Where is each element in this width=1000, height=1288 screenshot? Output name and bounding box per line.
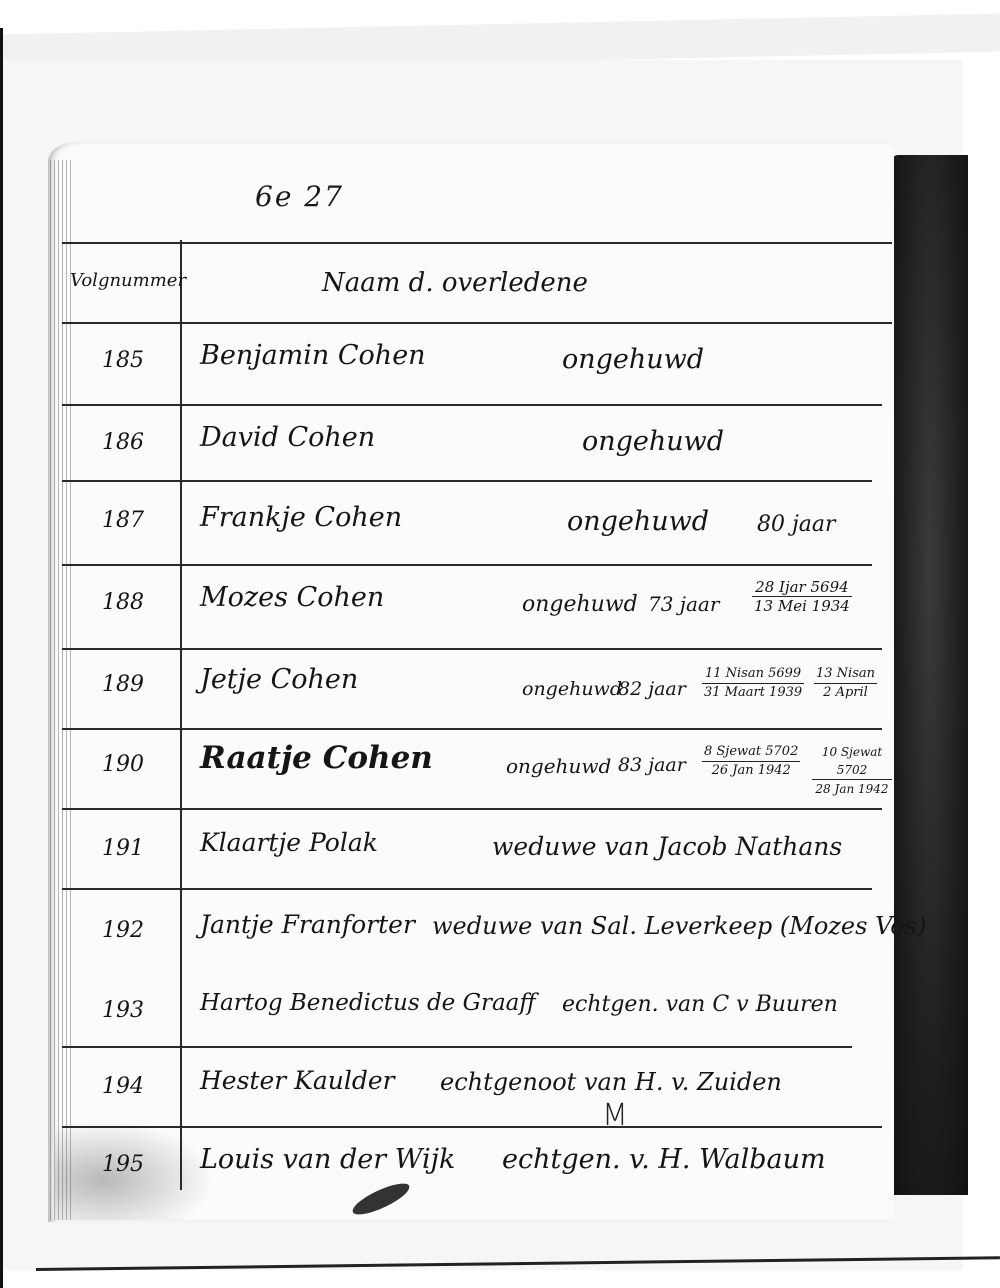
entry-name: Hartog Benedictus de Graaff bbox=[200, 990, 536, 1016]
scan-left-edge bbox=[0, 28, 3, 1288]
book-binding bbox=[892, 155, 968, 1195]
entry-number: 187 bbox=[102, 508, 144, 533]
entry-note: ongehuwd bbox=[522, 678, 622, 700]
entry-name: Jantje Franforter bbox=[200, 910, 415, 939]
number-column-header: Volgnummer bbox=[70, 270, 186, 291]
entry-death-date: 8 Sjewat 5702 26 Jan 1942 bbox=[702, 743, 800, 780]
rule bbox=[62, 322, 892, 324]
entry-note: weduwe van Jacob Nathans bbox=[492, 832, 842, 861]
rule bbox=[62, 564, 872, 566]
entry-number: 193 bbox=[102, 998, 144, 1023]
rule bbox=[62, 1126, 882, 1128]
entry-death-date: 28 Ijar 5694 13 Mei 1934 bbox=[752, 578, 852, 615]
entry-name: Louis van der Wijk bbox=[200, 1144, 455, 1175]
entry-note: echtgen. van C v Buuren bbox=[562, 992, 838, 1017]
rule bbox=[62, 242, 892, 244]
entry-number: 185 bbox=[102, 348, 144, 373]
entry-death-date: 11 Nisan 5699 31 Maart 1939 bbox=[702, 665, 804, 702]
entry-burial-date: 13 Nisan 2 April bbox=[814, 665, 877, 702]
civil-date: 2 April bbox=[814, 684, 877, 702]
entry-age: 80 jaar bbox=[757, 512, 836, 537]
page-mark: 6e 27 bbox=[255, 180, 344, 213]
hebrew-date: 10 Sjewat 5702 bbox=[812, 743, 892, 780]
entry-burial-date: 10 Sjewat 5702 28 Jan 1942 bbox=[812, 743, 892, 798]
page-frayed-edge bbox=[50, 160, 72, 1220]
entry-number: 194 bbox=[102, 1074, 144, 1099]
entry-note: weduwe van Sal. Leverkeep (Mozes Vos) bbox=[432, 912, 926, 940]
rule bbox=[62, 888, 872, 890]
rule bbox=[62, 404, 882, 406]
entry-note: ongehuwd bbox=[582, 426, 724, 457]
civil-date: 31 Maart 1939 bbox=[702, 684, 804, 702]
rule bbox=[62, 480, 872, 482]
rule bbox=[62, 808, 882, 810]
entry-age: 73 jaar bbox=[648, 592, 719, 616]
entry-note: echtgenoot van H. v. Zuiden bbox=[440, 1068, 782, 1096]
entry-note: ongehuwd bbox=[567, 506, 709, 537]
civil-date: 13 Mei 1934 bbox=[752, 597, 852, 615]
entry-note: echtgen. v. H. Walbaum bbox=[502, 1144, 826, 1175]
entry-name: Hester Kaulder bbox=[200, 1066, 395, 1095]
entry-note: ongehuwd bbox=[522, 592, 638, 617]
entry-age: 83 jaar bbox=[618, 754, 686, 776]
entry-number: 191 bbox=[102, 836, 144, 861]
name-column-header: Naam d. overledene bbox=[322, 268, 588, 298]
hebrew-date: 28 Ijar 5694 bbox=[752, 578, 852, 597]
entry-name: Benjamin Cohen bbox=[200, 340, 426, 371]
initial-mark: M bbox=[602, 1098, 628, 1133]
hebrew-date: 13 Nisan bbox=[814, 665, 877, 684]
hebrew-date: 8 Sjewat 5702 bbox=[702, 743, 800, 762]
entry-name: Raatje Cohen bbox=[200, 740, 433, 776]
civil-date: 26 Jan 1942 bbox=[702, 762, 800, 780]
civil-date: 28 Jan 1942 bbox=[812, 780, 892, 798]
entry-number: 190 bbox=[102, 752, 144, 777]
column-divider bbox=[180, 240, 182, 1190]
entry-number: 188 bbox=[102, 590, 144, 615]
entry-name: Mozes Cohen bbox=[200, 582, 384, 613]
hebrew-date: 11 Nisan 5699 bbox=[702, 665, 804, 684]
entry-note: ongehuwd bbox=[506, 754, 611, 778]
rule bbox=[62, 728, 882, 730]
entry-number: 186 bbox=[102, 430, 144, 455]
entry-name: Klaartje Polak bbox=[200, 828, 378, 857]
entry-number: 195 bbox=[102, 1152, 144, 1177]
entry-number: 192 bbox=[102, 918, 144, 943]
entry-name: Frankje Cohen bbox=[200, 502, 402, 533]
entry-name: David Cohen bbox=[200, 422, 375, 453]
entry-note: ongehuwd bbox=[562, 344, 704, 375]
entry-number: 189 bbox=[102, 672, 144, 697]
rule bbox=[62, 648, 882, 650]
entry-name: Jetje Cohen bbox=[200, 664, 358, 695]
entry-age: 82 jaar bbox=[618, 678, 686, 700]
